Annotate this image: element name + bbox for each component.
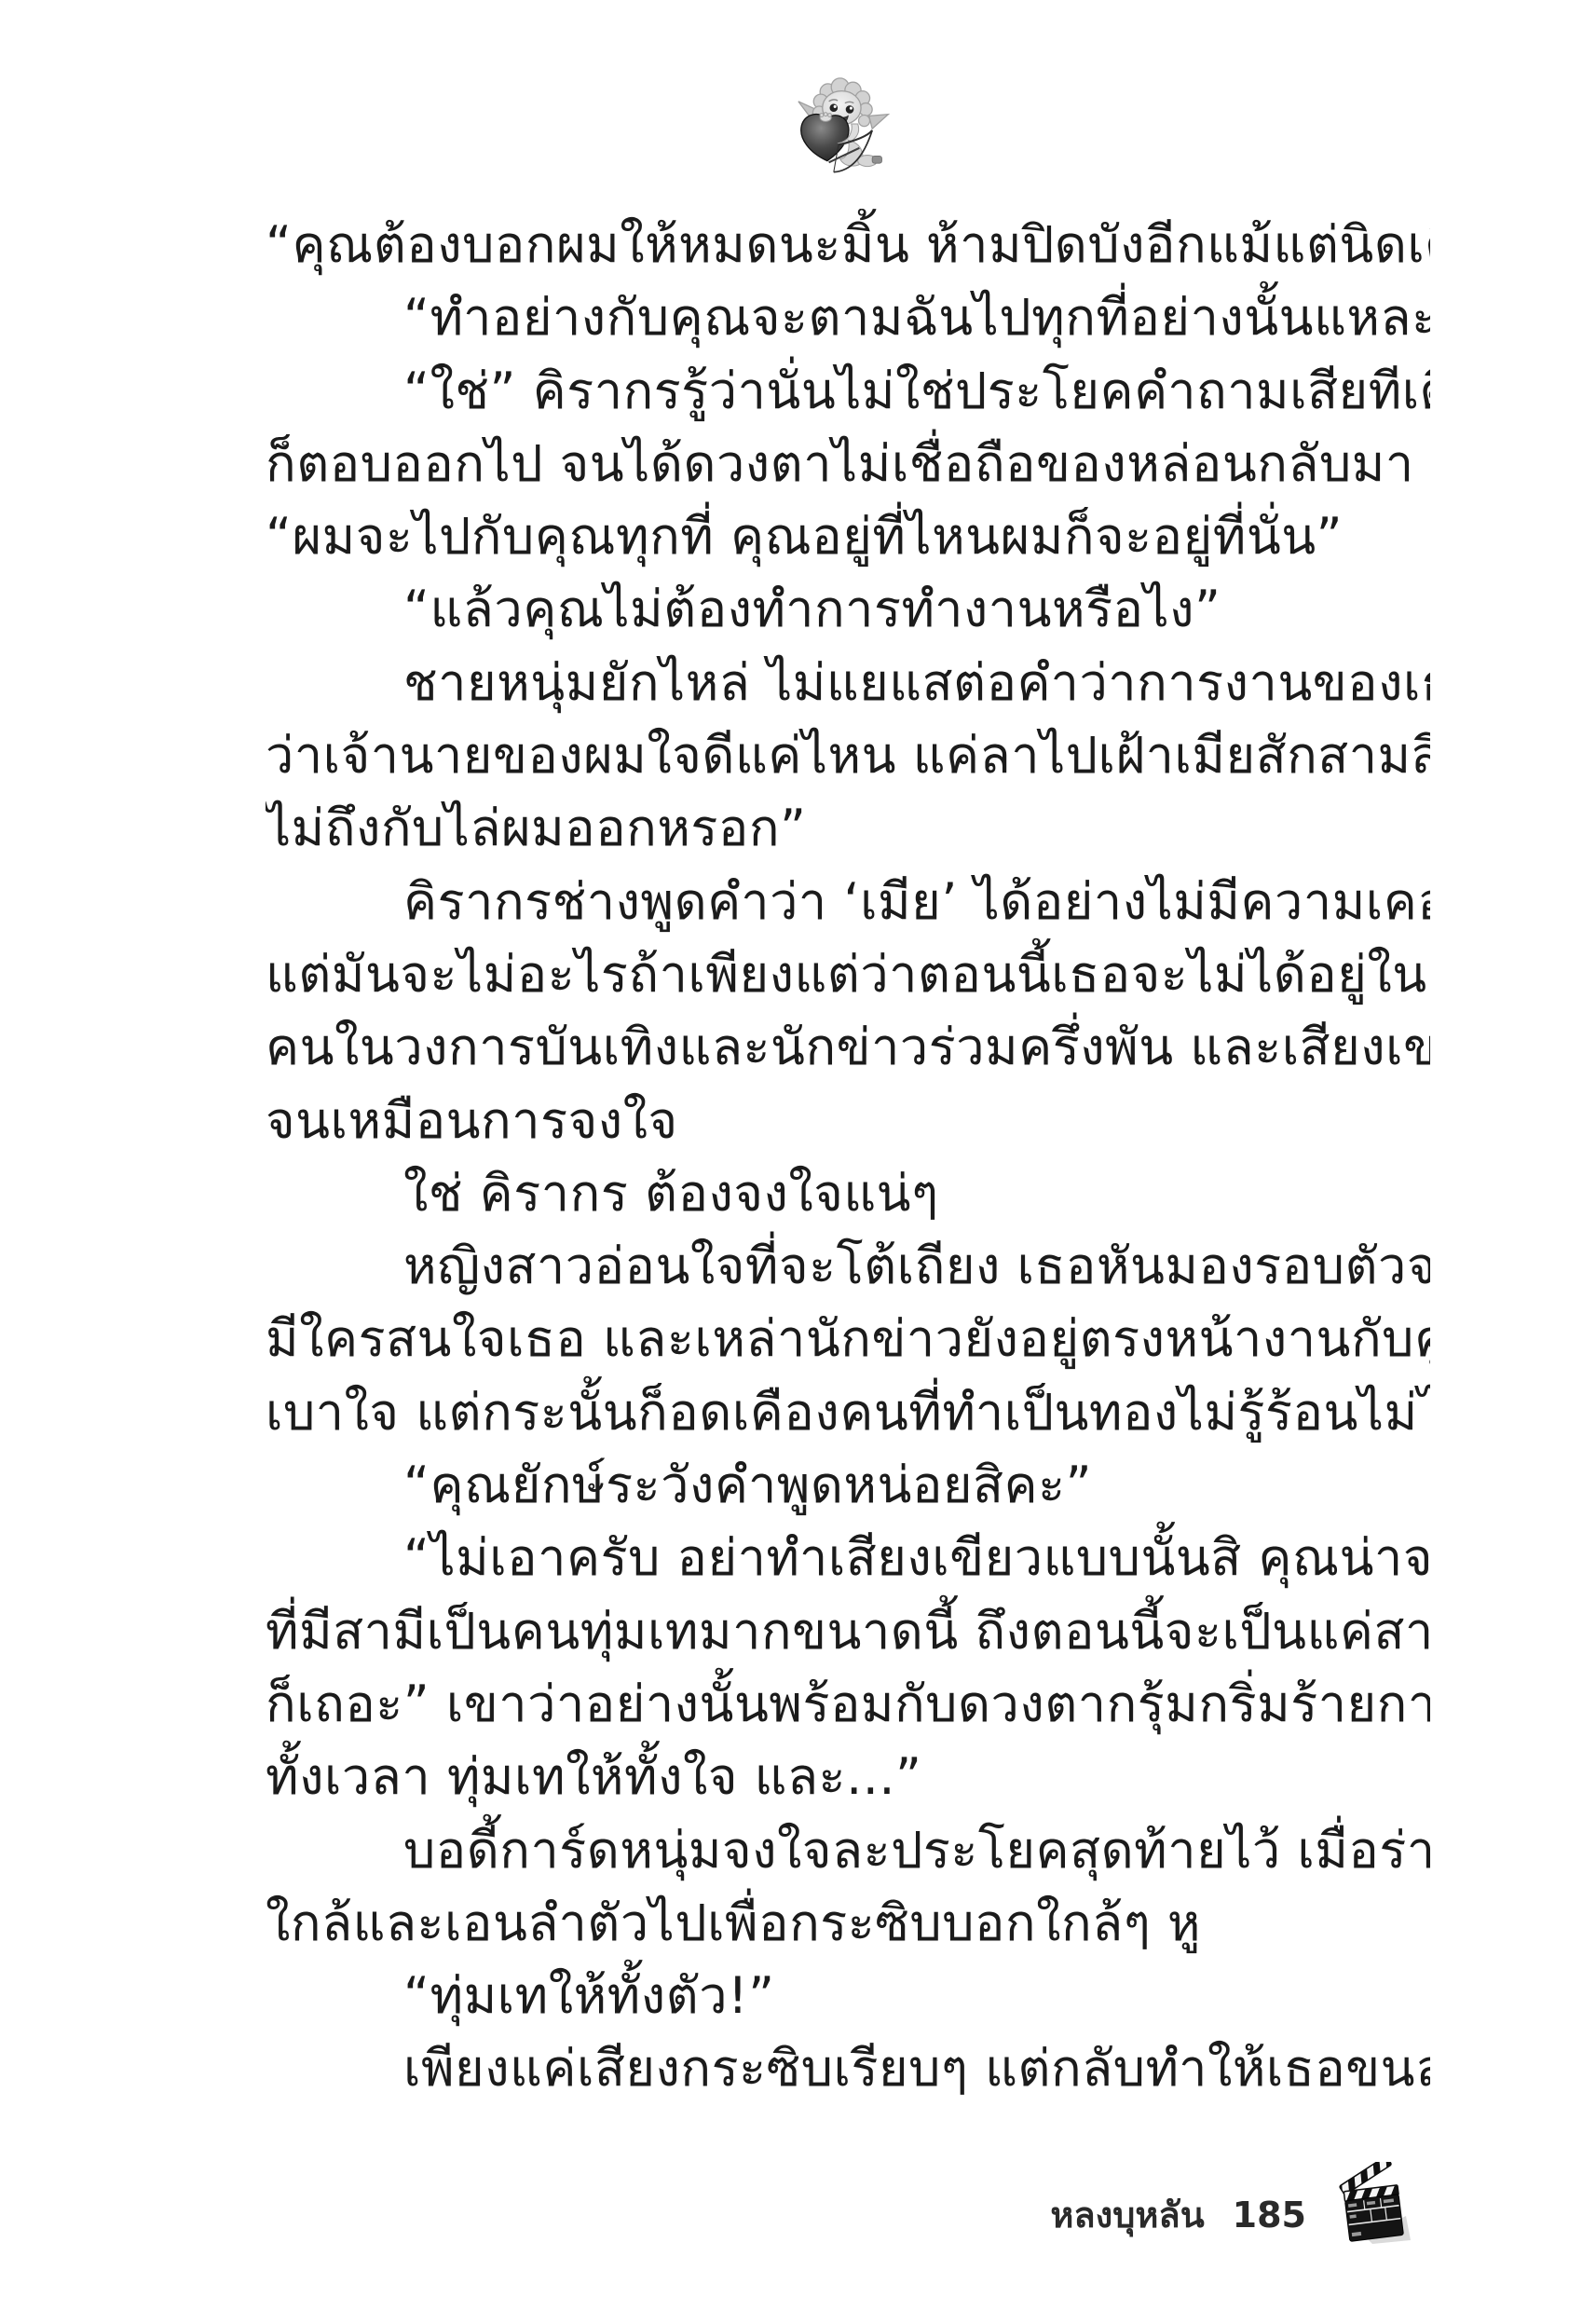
body-text-line: ที่มีสามีเป็นคนทุ่มเทมากขนาดนี้ ถึงตอนนี… [266,1595,1430,1668]
body-text-line: แต่มันจะไม่อะไรถ้าเพียงแต่ว่าตอนนี้เธอจะ… [266,938,1430,1011]
book-title: หลงบุหลัน [1050,2195,1204,2236]
page-number: 185 [1233,2195,1306,2236]
body-text-line: ว่าเจ้านายของผมใจดีแค่ไหน แค่ลาไปเฝ้าเมี… [266,719,1430,792]
clapperboard-icon [1337,2162,1412,2248]
body-text-line: บอดี้การ์ดหนุ่มจงใจละประโยคสุดท้ายไว้ เม… [266,1814,1430,1887]
body-text-line: “ไม่เอาครับ อย่าทำเสียงเขียวแบบนั้นสิ คุ… [266,1522,1430,1594]
body-text-line: “ใช่” คิรากรรู้ว่านั่นไม่ใช่ประโยคคำถามเ… [266,355,1430,428]
body-text-line: เบาใจ แต่กระนั้นก็อดเคืองคนที่ทำเป็นทองไ… [266,1376,1430,1449]
body-text-line: คนในวงการบันเทิงและนักข่าวร่วมครึ่งพัน แ… [266,1011,1430,1084]
body-text-line: “ทำอย่างกับคุณจะตามฉันไปทุกที่อย่างนั้นแ… [266,281,1430,354]
body-text-line: ทั้งเวลา ทุ่มเทให้ทั้งใจ และ...” [266,1741,1430,1813]
body-text-line: “คุณต้องบอกผมให้หมดนะมิ้น ห้ามปิดบังอีกแ… [266,209,1430,281]
body-text-line: ก็เถอะ” เขาว่าอย่างนั้นพร้อมกับดวงตากรุ้… [266,1668,1430,1741]
body-text-line: จนเหมือนการจงใจ [266,1085,1430,1157]
body-text-line: ก็ตอบออกไป จนได้ดวงตาไม่เชื่อถือของหล่อน… [266,428,1430,500]
cupid-heart-icon [792,75,896,185]
body-text-line: “ทุ่มเทให้ทั้งตัว!” [266,1960,1430,2032]
body-text-line: มีใครสนใจเธอ และเหล่านักข่าวยังอยู่ตรงหน… [266,1303,1430,1375]
body-text-line: ใกล้และเอนลำตัวไปเพื่อกระซิบบอกใกล้ๆ หู [266,1887,1430,1960]
body-text-line: เพียงแค่เสียงกระซิบเรียบๆ แต่กลับทำให้เธ… [266,2032,1430,2105]
body-text-line: ชายหนุ่มยักไหล่ ไม่แยแสต่อคำว่าการงานของ… [266,647,1430,719]
body-text-line: คิรากรช่างพูดคำว่า ‘เมีย’ ได้อย่างไม่มีค… [266,866,1430,938]
body-text: “คุณต้องบอกผมให้หมดนะมิ้น ห้ามปิดบังอีกแ… [266,209,1430,2110]
body-text-line: “ผมจะไปกับคุณทุกที่ คุณอยู่ที่ไหนผมก็จะอ… [266,500,1430,573]
page-footer: หลงบุหลัน185 [1050,2186,1306,2243]
book-page: “คุณต้องบอกผมให้หมดนะมิ้น ห้ามปิดบังอีกแ… [0,0,1596,2311]
body-text-line: “แล้วคุณไม่ต้องทำการทำงานหรือไง” [266,573,1430,646]
body-text-line: หญิงสาวอ่อนใจที่จะโต้เถียง เธอหันมองรอบต… [266,1230,1430,1303]
body-text-line: ใช่ คิรากร ต้องจงใจแน่ๆ [266,1157,1430,1230]
body-text-line: “คุณยักษ์ระวังคำพูดหน่อยสิคะ” [266,1449,1430,1522]
body-text-line: ไม่ถึงกับไล่ผมออกหรอก” [266,792,1430,865]
